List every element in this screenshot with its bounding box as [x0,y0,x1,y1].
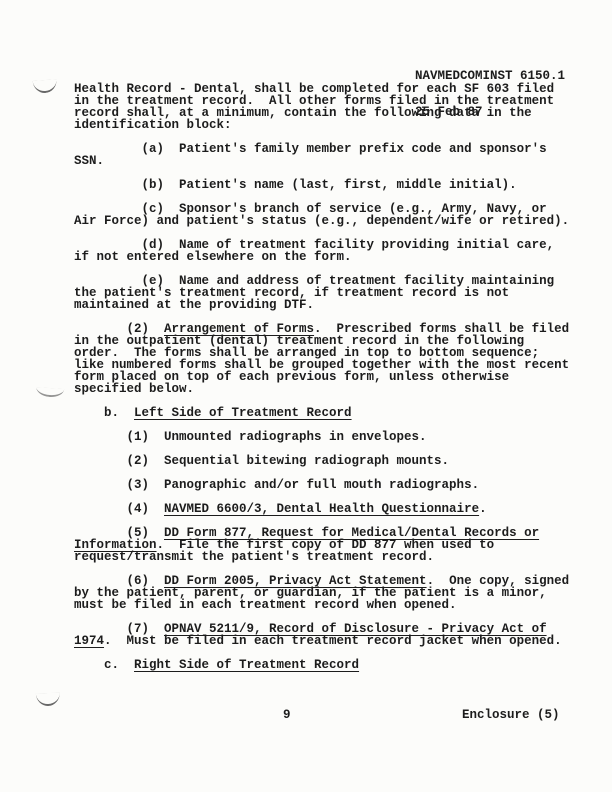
text-line: (2) Sequential bitewing radiograph mount… [74,455,569,467]
text-segment: maintained at the providing DTF. [74,298,314,312]
item-a: (a) Patient's family member prefix code … [74,143,569,167]
text-line: (3) Panographic and/or full mouth radiog… [74,479,569,491]
underlined-text: 1974 [74,634,104,648]
text-segment: must be filed in each treatment record w… [74,598,457,612]
text-line: maintained at the providing DTF. [74,299,569,311]
underlined-text: Right Side of Treatment Record [134,658,359,672]
text-line: (4) NAVMED 6600/3, Dental Health Questio… [74,503,569,515]
text-segment: specified below. [74,382,194,396]
heading-left-side: b. Left Side of Treatment Record [74,407,569,419]
text-line: identification block: [74,119,569,131]
item-6: (6) DD Form 2005, Privacy Act Statement.… [74,575,569,611]
text-line: (b) Patient's name (last, first, middle … [74,179,569,191]
item-d: (d) Name of treatment facility providing… [74,239,569,263]
text-segment: . [479,502,487,516]
text-segment: identification block: [74,118,232,132]
text-line: must be filed in each treatment record w… [74,599,569,611]
item-2: (2) Sequential bitewing radiograph mount… [74,455,569,467]
text-segment: SSN. [74,154,104,168]
text-segment: (2) Sequential bitewing radiograph mount… [74,454,449,468]
item-e: (e) Name and address of treatment facili… [74,275,569,311]
text-line: c. Right Side of Treatment Record [74,659,569,671]
text-segment: Air Force) and patient's status (e.g., d… [74,214,569,228]
para-intro: Health Record - Dental, shall be complet… [74,83,569,131]
text-segment: (1) Unmounted radiographs in envelopes. [74,430,427,444]
item-b: (b) Patient's name (last, first, middle … [74,179,569,191]
item-5: (5) DD Form 877, Request for Medical/Den… [74,527,569,563]
text-segment: (3) Panographic and/or full mouth radiog… [74,478,479,492]
page-number: 9 [283,709,291,721]
text-segment: . Must be filed in each treatment record… [104,634,562,648]
text-line: b. Left Side of Treatment Record [74,407,569,419]
underlined-text: NAVMED 6600/3, Dental Health Questionnai… [164,502,479,516]
para-arrangement-of-forms: (2) Arrangement of Forms. Prescribed for… [74,323,569,395]
text-line: (1) Unmounted radiographs in envelopes. [74,431,569,443]
scan-artifact-mark-top [33,79,58,94]
heading-right-side: c. Right Side of Treatment Record [74,659,569,671]
text-line: request/transmit the patient's treatment… [74,551,569,563]
enclosure-label: Enclosure (5) [462,709,560,721]
document-body: Health Record - Dental, shall be complet… [74,83,569,683]
item-c: (c) Sponsor's branch of service (e.g., A… [74,203,569,227]
text-segment: (a) Patient's family member prefix code … [74,142,547,156]
text-line: 1974. Must be filed in each treatment re… [74,635,569,647]
item-3: (3) Panographic and/or full mouth radiog… [74,479,569,491]
item-4: (4) NAVMED 6600/3, Dental Health Questio… [74,503,569,515]
document-page: NAVMEDCOMINST 6150.1 25 Feb 87 Health Re… [0,0,612,792]
text-line: (a) Patient's family member prefix code … [74,143,569,155]
text-line: SSN. [74,155,569,167]
text-segment: b. [74,406,134,420]
underlined-text: Left Side of Treatment Record [134,406,352,420]
text-segment: request/transmit the patient's treatment… [74,550,434,564]
scan-artifact-mark-middle [36,387,65,398]
text-segment: c. [74,658,134,672]
text-segment: (b) Patient's name (last, first, middle … [74,178,517,192]
text-line: Air Force) and patient's status (e.g., d… [74,215,569,227]
scan-artifact-mark-bottom [36,693,60,707]
item-1: (1) Unmounted radiographs in envelopes. [74,431,569,443]
text-line: specified below. [74,383,569,395]
instruction-number: NAVMEDCOMINST 6150.1 [415,70,565,82]
text-segment: (4) [74,502,164,516]
item-7: (7) OPNAV 5211/9, Record of Disclosure -… [74,623,569,647]
text-line: if not entered elsewhere on the form. [74,251,569,263]
text-segment: if not entered elsewhere on the form. [74,250,352,264]
